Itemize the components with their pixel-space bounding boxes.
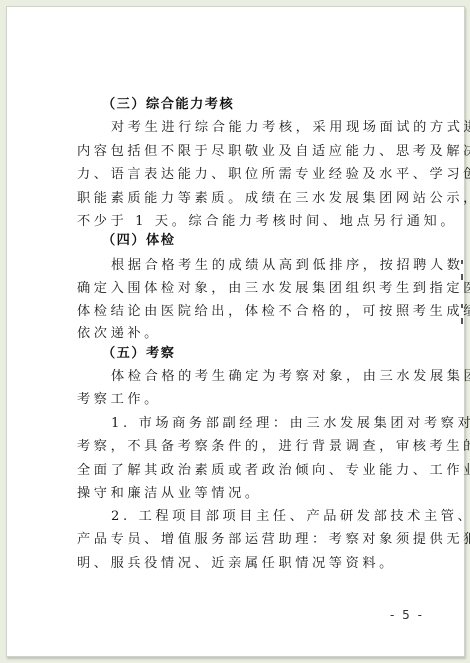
- paragraph-line: 确定入围体检对象，由三水发展集团组织考生到指定医院体检。: [77, 280, 422, 298]
- paragraph-line: 1. 市场商务部副经理：由三水发展集团对考察对象进行组织: [111, 415, 423, 433]
- paragraph-line: 2. 工程项目部项目主任、产品研发部技术主管、产品研发部: [111, 508, 423, 526]
- paragraph-line: 全面了解其政治素质或者政治倾向、专业能力、工作业绩、职业: [77, 462, 422, 480]
- paragraph-line: 力、语言表达能力、职位所需专业经验及水平、学习创新能力、: [77, 166, 422, 184]
- paragraph-line: 考察，不具备考察条件的，进行背景调查，审核考生的基本信息，: [77, 438, 422, 456]
- page-number: - 5 -: [390, 608, 424, 622]
- paragraph-line: 依次递补。: [77, 325, 422, 343]
- edge-scan-marks: [461, 260, 464, 350]
- section-heading-4: （四）体检: [102, 232, 175, 250]
- paragraph-line: 体检结论由医院给出，体检不合格的，可按照考生成绩从高到低: [77, 303, 422, 321]
- paragraph-line: 不少于 1 天。综合能力考核时间、地点另行通知。: [77, 213, 422, 231]
- paragraph-line: 产品专员、增值服务部运营助理：考察对象须提供无犯罪记录证: [77, 531, 422, 549]
- section-heading-5: （五）考察: [102, 345, 175, 363]
- paragraph-line: 对考生进行综合能力考核，采用现场面试的方式进行。考核: [111, 119, 423, 137]
- section-heading-3: （三）综合能力考核: [102, 96, 234, 114]
- document-page: （三）综合能力考核 对考生进行综合能力考核，采用现场面试的方式进行。考核 内容包…: [6, 6, 465, 657]
- paragraph-line: 操守和廉洁从业等情况。: [77, 485, 422, 503]
- paragraph-line: 内容包括但不限于尽职敬业及自适应能力、思考及解决问题能: [77, 143, 422, 161]
- paragraph-line: 考察工作。: [77, 391, 422, 409]
- paragraph-line: 体检合格的考生确定为考察对象，由三水发展集团组织实施: [111, 368, 423, 386]
- paragraph-line: 明、服兵役情况、近亲属任职情况等资料。: [77, 555, 422, 573]
- paragraph-line: 根据合格考生的成绩从高到低排序，按招聘人数 1:1 的比例: [111, 257, 423, 275]
- paragraph-line: 职能素质能力等素质。成绩在三水发展集团网站公示，公示时间: [77, 190, 422, 208]
